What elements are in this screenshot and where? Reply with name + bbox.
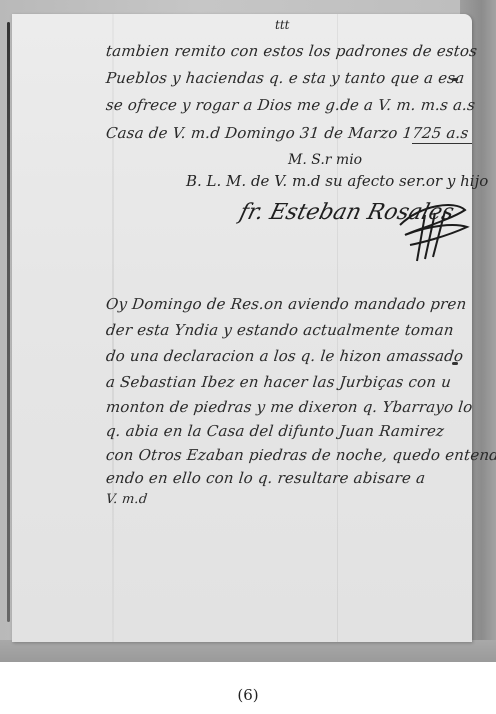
note-line-7: con Otros Ezaban piedras de noche, quedo… bbox=[105, 446, 496, 464]
margin-mark bbox=[452, 362, 458, 365]
superscript-mark: ttt bbox=[275, 18, 289, 32]
note-line-9: V. m.d bbox=[105, 492, 148, 507]
salutation: M. S.r mio bbox=[288, 152, 362, 168]
letter-line-2: Pueblos y haciendas q. e sta y tanto que… bbox=[105, 69, 465, 87]
date-underline bbox=[412, 143, 472, 144]
note-line-4: a Sebastian Ibez en hacer las Jurbiças c… bbox=[105, 373, 452, 391]
margin-mark bbox=[452, 78, 458, 81]
letter-line-3: se ofrece y rogar a Dios me g.de a V. m.… bbox=[105, 96, 476, 114]
note-line-1: Oy Domingo de Res.on aviendo mandado pre… bbox=[105, 295, 467, 313]
letter-line-1: tambien remito con estos los padrones de… bbox=[105, 42, 478, 60]
letter-line-4: Casa de V. m.d Domingo 31 de Marzo 1725 … bbox=[105, 124, 469, 142]
note-line-6: q. abia en la Casa del difunto Juan Rami… bbox=[105, 422, 445, 440]
note-line-5: monton de piedras y me dixeron q. Ybarra… bbox=[105, 398, 473, 416]
note-line-8: endo en ello con lo q. resultare abisare… bbox=[105, 469, 426, 487]
manuscript-photo: ttt tambien remito con estos los padrone… bbox=[0, 0, 496, 662]
note-line-3: do una declaracion a los q. le hizon ama… bbox=[105, 347, 464, 365]
figure-caption: (6) bbox=[0, 686, 496, 704]
page-shadow-bottom bbox=[0, 640, 496, 662]
note-line-2: der esta Yndia y estando actualmente tom… bbox=[105, 321, 455, 339]
signature-rubric-icon bbox=[395, 195, 475, 265]
closing-formula: B. L. M. de V. m.d su afecto ser.or y hi… bbox=[186, 172, 488, 190]
binding-edge bbox=[7, 22, 10, 622]
